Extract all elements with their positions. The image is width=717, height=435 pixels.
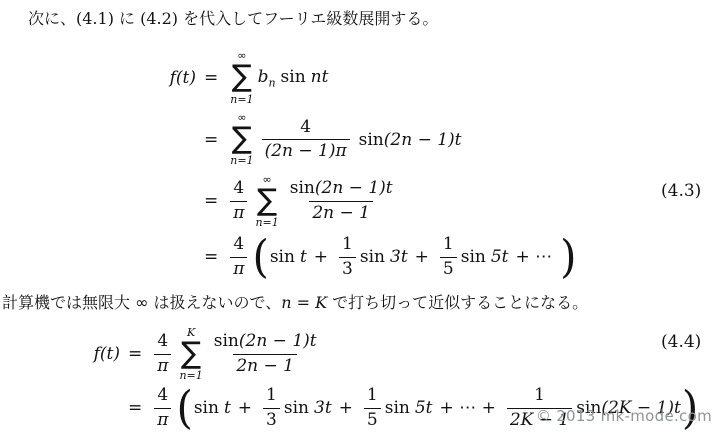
equation-line-1: f(t) = 4 π K ∑ n=1 sin(2n − 1)t 2n − 1: [0, 327, 717, 383]
sum-lower-limit: n=1: [230, 155, 253, 167]
summation: ∞ ∑ n=1: [230, 50, 253, 106]
sin-argument: 3t: [314, 398, 332, 418]
sin-operator: sin: [194, 398, 219, 418]
sum-sigma: ∑: [232, 124, 252, 156]
infinity-symbol: ∞: [135, 293, 148, 312]
fraction-numerator: 1: [531, 386, 548, 408]
math-term: sin5t: [385, 398, 433, 418]
open-paren: (: [252, 235, 268, 280]
math-term: sin3t: [284, 398, 332, 418]
coefficient-b: b: [258, 67, 269, 87]
plus-sign: +: [339, 398, 353, 418]
fraction-numerator: 4: [154, 332, 171, 354]
fraction-numerator: 4: [230, 179, 247, 201]
sum-sigma: ∑: [232, 62, 252, 94]
sin-operator: sin: [270, 247, 295, 267]
equals-sign: =: [128, 344, 142, 364]
equation-line-3: = 4 π ∞ ∑ n=1 sin(2n − 1)t 2n − 1: [0, 174, 717, 230]
math-term: sin(2n − 1)t: [354, 130, 462, 150]
function-f-t: f(t): [94, 344, 120, 364]
math-term: sin3t: [360, 247, 408, 267]
equation-label-4-3: (4.3): [661, 181, 701, 201]
fraction-numerator: 1: [440, 235, 457, 257]
fraction-denominator: π: [154, 408, 171, 431]
sin-argument: t: [300, 247, 307, 267]
sin-argument: (2n − 1)t: [315, 179, 393, 199]
inline-math-n-equals-K: n = K: [281, 293, 327, 312]
fraction-denominator: 5: [364, 408, 381, 431]
summation: ∞ ∑ n=1: [255, 174, 278, 230]
equation-line-4: = 4 π ( sint + 1 3 sin3t + 1 5 sin5t + ⋯…: [0, 235, 717, 279]
equals-sign: =: [204, 191, 218, 211]
math-term: sint: [194, 398, 231, 418]
equation-lhs: f(t): [0, 344, 120, 364]
fraction-numerator: 1: [339, 235, 356, 257]
fraction-numerator: 4: [154, 386, 171, 408]
equation-line-1: f(t) = ∞ ∑ n=1 bnsinnt: [0, 50, 717, 106]
fraction-denominator: (2n − 1)π: [262, 139, 350, 162]
sum-lower-limit: n=1: [230, 94, 253, 106]
fraction-1-3: 1 3: [339, 235, 356, 279]
fraction-denominator: 2n − 1: [309, 201, 373, 224]
fraction-denominator: π: [230, 201, 247, 224]
sin-operator: sin: [214, 332, 239, 352]
fraction-denominator: 2n − 1: [233, 354, 297, 377]
paragraph-truncation: 計算機では無限大 ∞ は扱えないので、n = K で打ち切って近似することになる…: [2, 291, 717, 314]
sin-operator: sin: [290, 179, 315, 199]
math-term: sin5t: [461, 247, 509, 267]
equation-block-4-3: f(t) = ∞ ∑ n=1 bnsinnt = ∞ ∑ n=1 4 (2n −…: [0, 50, 717, 279]
equation-label-4-4: (4.4): [661, 332, 701, 352]
fraction-numerator: 4: [230, 235, 247, 257]
subscript-n: n: [268, 76, 275, 89]
fraction-denominator: 3: [339, 257, 356, 280]
sin-argument: 3t: [390, 247, 408, 267]
sum-sigma: ∑: [257, 186, 277, 218]
sin-argument: (2n − 1)t: [239, 332, 317, 352]
fraction-4-pi: 4 π: [154, 386, 171, 430]
sin-operator: sin: [284, 398, 309, 418]
fraction-4-pi: 4 π: [230, 235, 247, 279]
sin-argument: 5t: [415, 398, 433, 418]
fraction-numerator: sin(2n − 1)t: [211, 332, 320, 354]
sin-argument: nt: [311, 67, 329, 87]
fraction-denominator: π: [154, 354, 171, 377]
fraction: 4 (2n − 1)π: [262, 118, 350, 162]
equals-sign: =: [204, 68, 218, 88]
equation-line-2: = ∞ ∑ n=1 4 (2n − 1)π sin(2n − 1)t: [0, 112, 717, 168]
paragraph-text: 計算機では無限大: [2, 293, 135, 312]
paragraph-text: で打ち切って近似することになる。: [327, 293, 588, 312]
fraction-4-pi: 4 π: [230, 179, 247, 223]
plus-cdots-plus: + ⋯ +: [440, 398, 496, 418]
plus-sign: +: [415, 247, 429, 267]
sin-operator: sin: [360, 247, 385, 267]
plus-cdots: + ⋯: [516, 247, 553, 267]
math-term: sint: [270, 247, 307, 267]
fraction-denominator: 5: [440, 257, 457, 280]
sin-argument: t: [224, 398, 231, 418]
equals-sign: =: [128, 398, 142, 418]
fraction-numerator: 4: [297, 118, 314, 140]
paragraph-text: は扱えないので、: [148, 293, 281, 312]
fraction-denominator: π: [230, 257, 247, 280]
sin-operator: sin: [281, 67, 306, 87]
sin-operator: sin: [385, 398, 410, 418]
equation-lhs: f(t): [0, 68, 196, 88]
sin-argument: 5t: [491, 247, 509, 267]
equals-sign: =: [204, 247, 218, 267]
summation: K ∑ n=1: [179, 327, 202, 383]
summation: ∞ ∑ n=1: [230, 112, 253, 168]
plus-sign: +: [314, 247, 328, 267]
paragraph-intro: 次に、(4.1) に (4.2) を代入してフーリエ級数展開する。: [28, 0, 717, 30]
fraction-4-pi: 4 π: [154, 332, 171, 376]
fraction-1-5: 1 5: [364, 386, 381, 430]
equals-sign: =: [204, 130, 218, 150]
fraction-1-5: 1 5: [440, 235, 457, 279]
plus-sign: +: [238, 398, 252, 418]
open-paren: (: [176, 386, 192, 431]
close-paren: ): [560, 235, 576, 280]
fraction-denominator: 3: [263, 408, 280, 431]
fraction-numerator: sin(2n − 1)t: [287, 179, 396, 201]
math-term: bnsinnt: [258, 67, 329, 89]
fraction-numerator: 1: [263, 386, 280, 408]
fraction: sin(2n − 1)t 2n − 1: [287, 179, 396, 223]
sum-lower-limit: n=1: [255, 217, 278, 229]
function-f-t: f(t): [170, 68, 196, 88]
paragraph-intro-text: 次に、(4.1) に (4.2) を代入してフーリエ級数展開する。: [28, 9, 438, 28]
sin-argument: (2n − 1)t: [384, 130, 462, 150]
document-page: 次に、(4.1) に (4.2) を代入してフーリエ級数展開する。 f(t) =…: [0, 0, 717, 435]
fraction-1-3: 1 3: [263, 386, 280, 430]
fraction: sin(2n − 1)t 2n − 1: [211, 332, 320, 376]
sum-sigma: ∑: [181, 339, 201, 371]
fraction-numerator: 1: [364, 386, 381, 408]
copyright-watermark: © 2013 mk-mode.com: [536, 407, 712, 425]
sin-operator: sin: [461, 247, 486, 267]
sin-operator: sin: [359, 130, 384, 150]
sum-lower-limit: n=1: [179, 370, 202, 382]
